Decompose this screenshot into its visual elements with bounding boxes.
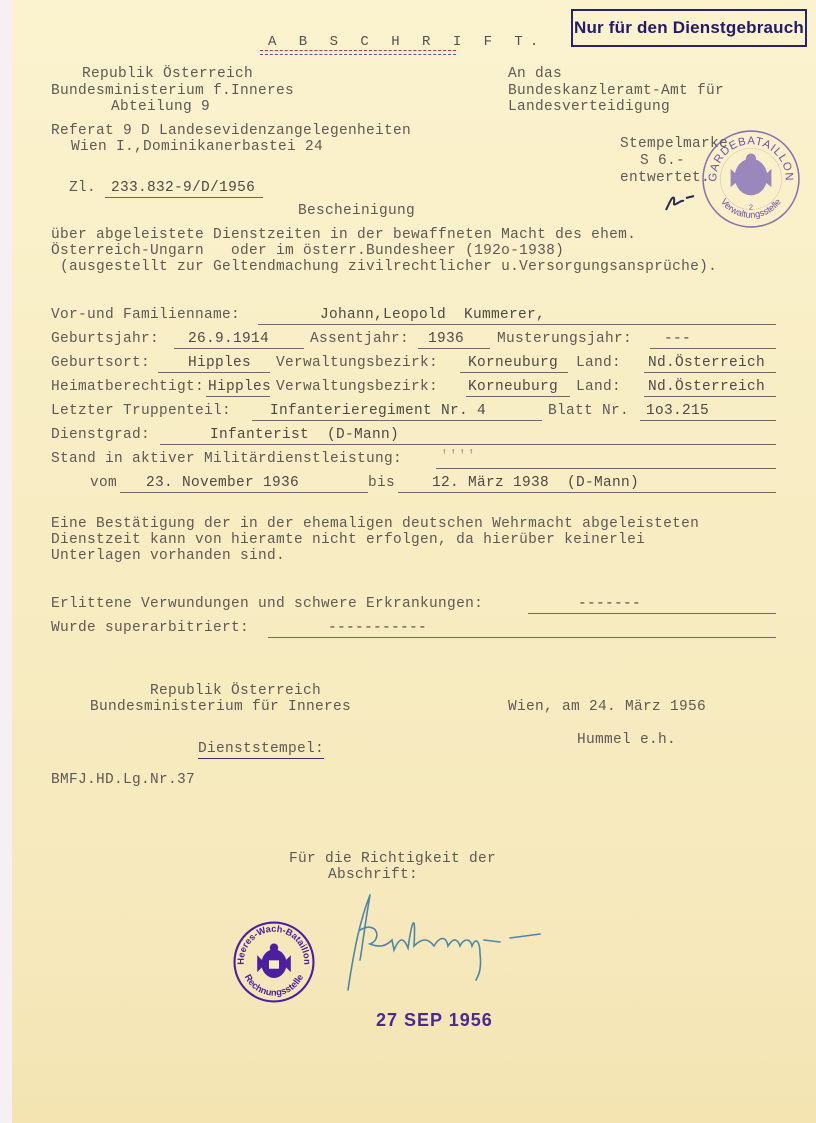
- sender-line-4: Referat 9 D Landesevidenzangelegenheiten: [51, 123, 411, 140]
- land-value: Nd.Österreich: [648, 355, 765, 372]
- assent-value: 1936: [428, 331, 464, 348]
- home-land-line: [644, 396, 776, 397]
- recipient-line-3: Landesverteidigung: [508, 99, 670, 116]
- assent-line: [418, 348, 490, 349]
- from-label: vom: [90, 475, 117, 492]
- district-label: Verwaltungsbezirk:: [276, 355, 438, 372]
- superarbitration-label: Wurde superarbitriert:: [51, 620, 249, 637]
- classification-stamp-text: Nur für den Dienstgebrauch: [574, 18, 804, 38]
- eagle-icon: [257, 944, 291, 978]
- unit-value: Infanterieregiment Nr. 4: [270, 403, 486, 420]
- initials-mark: [662, 192, 698, 214]
- assent-label: Assentjahr:: [310, 331, 409, 348]
- from-line: [120, 492, 368, 493]
- home-land-value: Nd.Österreich: [648, 379, 765, 396]
- home-label: Heimatberechtigt:: [51, 379, 204, 396]
- unit-line: [252, 420, 542, 421]
- classification-stamp: Nur für den Dienstgebrauch: [571, 9, 807, 47]
- rank-label: Dienstgrad:: [51, 427, 150, 444]
- injuries-label: Erlittene Verwundungen und schwere Erkra…: [51, 596, 483, 613]
- birthplace-label: Geburtsort:: [51, 355, 150, 372]
- birthplace-value: Hipples: [188, 355, 251, 372]
- home-land-label: Land:: [576, 379, 621, 396]
- sheet-label: Blatt Nr.: [548, 403, 629, 420]
- title-underline: [260, 50, 456, 55]
- heeres-wach-bataillon-seal: Heeres-Wach-Bataillon Rechnungsstelle: [232, 920, 316, 1004]
- intro-line-2: Österreich-Ungarn oder im österr.Bundesh…: [51, 243, 564, 260]
- document-title: A B S C H R I F T.: [268, 34, 545, 50]
- sender-line-3: Abteilung 9: [111, 99, 210, 116]
- wehrmacht-note-line-1: Eine Bestätigung der in der ehemaligen d…: [51, 516, 699, 533]
- footer-left-line-2: Bundesministerium für Inneres: [90, 699, 351, 716]
- wehrmacht-note-line-3: Unterlagen vorhanden sind.: [51, 548, 285, 565]
- district-line: [460, 372, 568, 373]
- file-reference: BMFJ.HD.Lg.Nr.37: [51, 772, 195, 789]
- muster-label: Musterungsjahr:: [497, 331, 632, 348]
- name-label: Vor-und Familienname:: [51, 307, 240, 324]
- sender-line-5: Wien I.,Dominikanerbastei 24: [71, 139, 323, 156]
- muster-value: ---: [664, 331, 691, 348]
- reference-label: Zl.: [69, 180, 96, 196]
- sheet-line: [640, 420, 776, 421]
- to-value: 12. März 1938 (D-Mann): [432, 475, 639, 492]
- muster-line: [650, 348, 776, 349]
- sender-line-2: Bundesministerium f.Inneres: [51, 83, 294, 100]
- certification-line-1: Für die Richtigkeit der: [289, 851, 496, 868]
- injuries-value: -------: [578, 596, 641, 613]
- active-service-line: [436, 468, 776, 469]
- intro-line-3: (ausgestellt zur Geltendmachung zivilrec…: [51, 259, 717, 276]
- birth-line: [174, 348, 304, 349]
- recipient-line-2: Bundeskanzleramt-Amt für: [508, 83, 724, 100]
- rank-line: [160, 444, 776, 445]
- handwritten-signature: [330, 880, 550, 1000]
- birth-value: 26.9.1914: [188, 331, 269, 348]
- district-value: Korneuburg: [468, 355, 558, 372]
- home-district-value: Korneuburg: [468, 379, 558, 396]
- active-service-value: '''': [440, 449, 476, 466]
- stamp-fee-line-3: entwertet.: [620, 170, 710, 187]
- to-line: [398, 492, 776, 493]
- home-district-line: [466, 396, 570, 397]
- land-line: [644, 372, 776, 373]
- sheet-value: 1o3.215: [646, 403, 709, 420]
- to-label: bis: [368, 475, 395, 492]
- reference-value: 233.832-9/D/1956: [105, 180, 263, 198]
- land-label: Land:: [576, 355, 621, 372]
- footer-left-line-1: Republik Österreich: [150, 683, 321, 700]
- name-line: [258, 324, 776, 325]
- signed-by: Hummel e.h.: [577, 732, 676, 749]
- superarbitration-line: [268, 637, 776, 638]
- from-value: 23. November 1936: [146, 475, 299, 492]
- home-line: [206, 396, 270, 397]
- gardebataillon-seal: GARDEBATAILLON Verwaltungsstelle 2: [700, 128, 802, 230]
- intro-line-1: über abgeleistete Dienstzeiten in der be…: [51, 227, 636, 244]
- sender-line-1: Republik Österreich: [82, 66, 253, 83]
- name-value: Johann,Leopold Kummerer,: [320, 307, 545, 324]
- recipient-line-1: An das: [508, 66, 562, 83]
- active-service-label: Stand in aktiver Militärdienstleistung:: [51, 451, 402, 468]
- official-stamp-label: Dienststempel:: [180, 724, 324, 759]
- eagle-icon: [731, 154, 772, 196]
- birth-label: Geburtsjahr:: [51, 331, 159, 348]
- home-value: Hipples: [208, 379, 271, 396]
- stamp-fee-line-2: S 6.-: [640, 153, 685, 170]
- date-stamp: 27 SEP 1956: [376, 1010, 493, 1031]
- place-date: Wien, am 24. März 1956: [508, 699, 706, 716]
- injuries-line: [528, 613, 776, 614]
- birthplace-line: [158, 372, 270, 373]
- superarbitration-value: -----------: [328, 620, 427, 637]
- unit-label: Letzter Truppenteil:: [51, 403, 231, 420]
- certificate-heading: Bescheinigung: [298, 203, 415, 220]
- rank-value: Infanterist (D-Mann): [210, 427, 399, 444]
- home-district-label: Verwaltungsbezirk:: [276, 379, 438, 396]
- official-stamp-label-text: Dienststempel:: [198, 741, 324, 759]
- wehrmacht-note-line-2: Dienstzeit kann von hieramte nicht erfol…: [51, 532, 645, 549]
- reference-number: Zl. 233.832-9/D/1956: [51, 163, 263, 198]
- svg-text:2: 2: [749, 204, 753, 212]
